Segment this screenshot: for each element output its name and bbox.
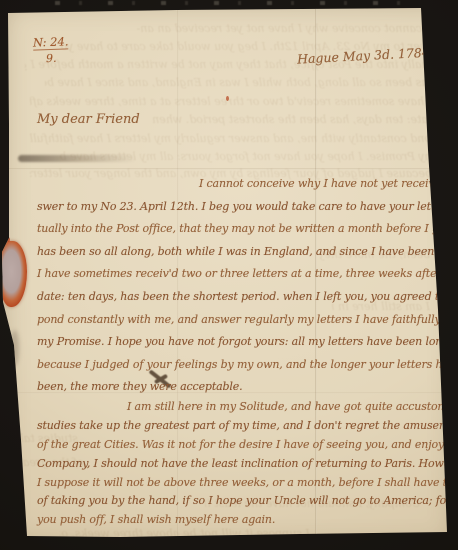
letter-sheet: I cannot conceive why I have not yet rec…: [0, 0, 458, 550]
bleed-through-line: date: ten days, has been the shortest pe…: [150, 113, 435, 126]
letter-line: swer to my No 23. April 12th. I beg you …: [37, 196, 458, 219]
salutation: My dear Friend: [37, 112, 140, 127]
letter-line: Company, I should not have the least inc…: [37, 455, 458, 474]
wax-speck: [6, 237, 10, 242]
letter-line: tually into the Post office, that they m…: [37, 218, 458, 241]
wax-seal-remnant: [0, 241, 27, 307]
letter-line: been, the more they were acceptable.: [37, 376, 458, 399]
edge-tear-mark: [10, 330, 19, 366]
ink-smudge: [18, 155, 136, 162]
bleed-through-line: I cannot conceive why I have not yet rec…: [30, 22, 430, 35]
letter-paragraph-1: I cannot conceive why I have not yet rec…: [37, 173, 458, 399]
horizontal-fold-crease: [6, 168, 444, 170]
archival-subnumber: 9.: [46, 52, 57, 65]
bleed-through-line: has been so all along, both while I was …: [45, 76, 435, 89]
letter-paragraph-2: I am still here in my Solitude, and have…: [37, 398, 458, 530]
letter-line: I am still here in my Solitude, and have…: [37, 398, 458, 417]
letter-line: you push off, I shall wish myself here a…: [37, 511, 458, 530]
dateline: Hague May 3d. 1784.: [297, 44, 434, 66]
letter-line: of the great Cities. Was it not for the …: [37, 436, 458, 455]
letter-line: of taking you by the hand, if so I hope …: [37, 492, 458, 511]
letter-line: date: ten days, has been the shortest pe…: [37, 286, 458, 309]
letter-line: studies take up the greatest part of my …: [37, 417, 458, 436]
letter-line: my Promise. I hope you have not forgot y…: [37, 331, 458, 354]
letter-line: I cannot conceive why I have not yet rec…: [37, 173, 458, 196]
letter-line: has been so all along, both while I was …: [37, 241, 458, 264]
top-edge-dust: [55, 1, 423, 5]
letter-line: pond constantly with me, and answer regu…: [37, 309, 458, 332]
ink-speck: [226, 96, 229, 101]
letter-line: because I judged of your feelings by my …: [37, 354, 458, 377]
letter-line: I suppose it will not be above three wee…: [37, 474, 458, 493]
wax-speck: [3, 428, 7, 432]
letter-photograph: I cannot conceive why I have not yet rec…: [0, 0, 458, 550]
wax-speck: [5, 441, 8, 444]
bleed-through-line: pond constantly with me, and answer regu…: [30, 132, 438, 145]
bleed-through-line: I have sometimes receiv'd two or three l…: [30, 95, 432, 108]
letter-line: I have sometimes receiv'd two or three l…: [37, 263, 458, 286]
archival-number: N: 24.: [33, 34, 69, 50]
